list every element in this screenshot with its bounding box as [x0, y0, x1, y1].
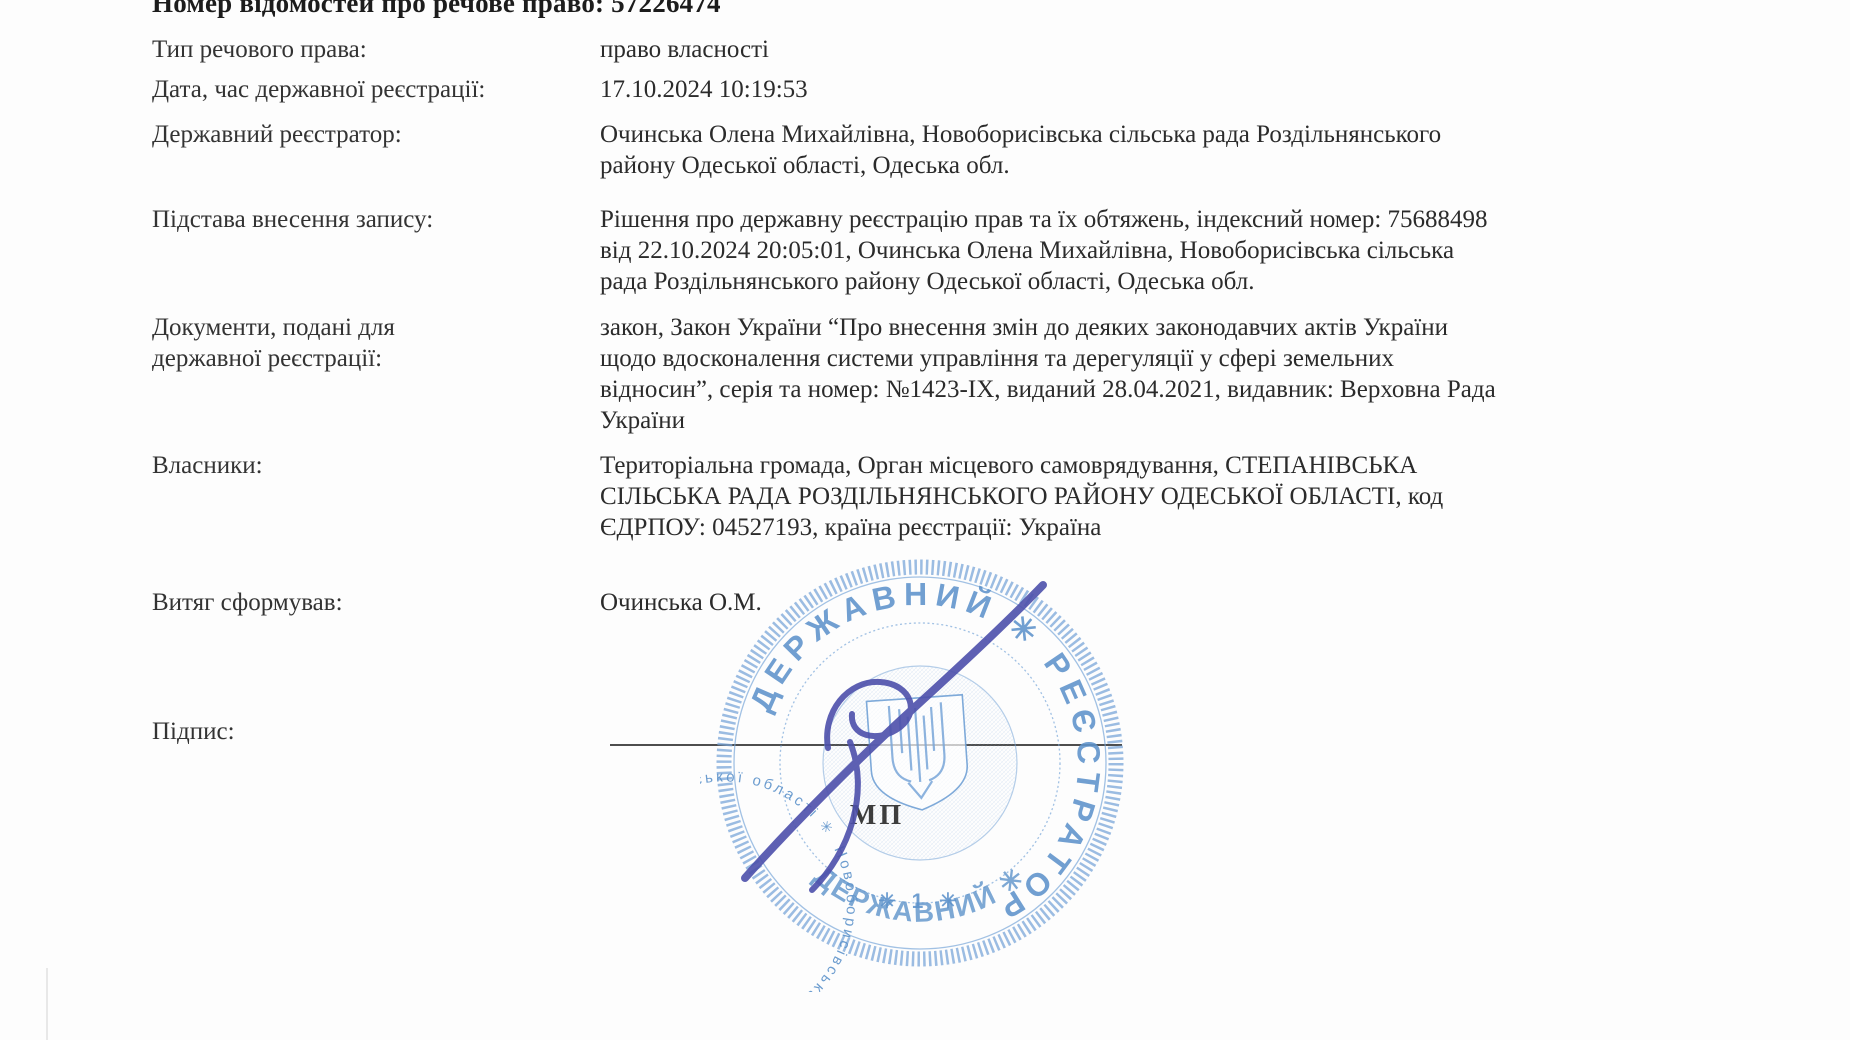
field-label: Витяг сформував: [152, 587, 600, 618]
signature-label: Підпис: [152, 716, 600, 747]
field-value: Очинська Олена Михайлівна, Новоборисівсь… [600, 119, 1441, 181]
field-value: закон, Закон України “Про внесення змін … [600, 312, 1496, 436]
field-label: Державний реєстратор: [152, 119, 600, 150]
field-row-state-registrar: Державний реєстратор: Очинська Олена Мих… [152, 119, 1441, 181]
field-row-submitted-documents: Документи, подані для державної реєстрац… [152, 312, 1496, 436]
field-label: Документи, подані для державної реєстрац… [152, 312, 600, 374]
field-row-owners: Власники: Територіальна громада, Орган м… [152, 450, 1443, 543]
field-value: Рішення про державну реєстрацію прав та … [600, 204, 1488, 297]
signature-row: Підпис: [152, 716, 600, 747]
field-row-extract-author: Витяг сформував: Очинська О.М. [152, 587, 762, 618]
field-value: право власності [600, 34, 769, 65]
registrar-round-stamp: ДЕРЖАВНИЙ ✳ РЕЄСТРАТОР ДЕРЖАВНИЙ ✳ РЕЄСТ… [700, 552, 1140, 992]
scan-artifact-line [46, 968, 48, 1040]
field-value: Територіальна громада, Орган місцевого с… [600, 450, 1443, 543]
field-label: Власники: [152, 450, 600, 481]
field-row-registration-datetime: Дата, час державної реєстрації: 17.10.20… [152, 74, 808, 105]
field-label: Дата, час державної реєстрації: [152, 74, 600, 105]
field-label: Підстава внесення запису: [152, 204, 600, 235]
field-row-record-basis: Підстава внесення запису: Рішення про де… [152, 204, 1488, 297]
record-number-heading: Номер відомостей про речове право: 57226… [152, 0, 721, 18]
field-row-property-right-type: Тип речового права: право власності [152, 34, 769, 65]
field-label: Тип речового права: [152, 34, 600, 65]
stamp-center-number: ✳ 1 ✳ [878, 890, 962, 913]
registry-extract-page: Номер відомостей про речове право: 57226… [0, 0, 1850, 1040]
field-value: 17.10.2024 10:19:53 [600, 74, 808, 105]
